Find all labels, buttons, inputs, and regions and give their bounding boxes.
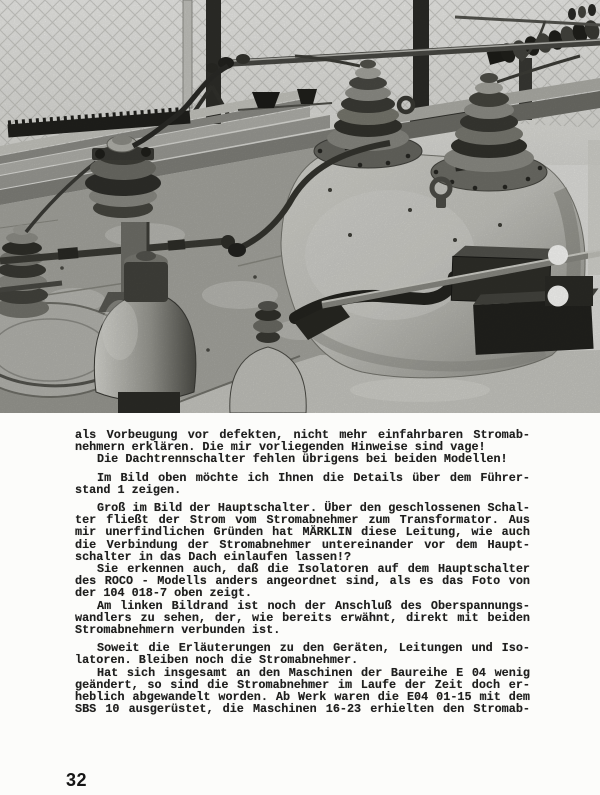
- text-line: stand 1 zeigen.: [75, 484, 530, 496]
- text-line: die Verbindung der Stromabnehmer unterei…: [75, 539, 530, 551]
- scanned-page: als Vorbeugung vor defekten, nicht mehr …: [0, 0, 600, 795]
- text-line: mir unerfindlichen Gründen hat MÄRKLIN d…: [75, 526, 530, 538]
- page-number: 32: [66, 770, 87, 791]
- paragraph: Groß im Bild der Hauptschalter. Über den…: [75, 502, 530, 563]
- paragraph: Soweit die Erläuterungen zu den Geräten,…: [75, 642, 530, 666]
- text-line: der 104 018-7 oben zeigt.: [75, 587, 530, 599]
- paragraph: Hat sich insgesamt an den Maschinen der …: [75, 667, 530, 716]
- body-text: als Vorbeugung vor defekten, nicht mehr …: [75, 429, 530, 715]
- locomotive-roof-photo: [0, 0, 600, 413]
- text-line: Die Dachtrennschalter fehlen übrigens be…: [75, 453, 530, 465]
- text-line: Im Bild oben möchte ich Ihnen die Detail…: [75, 472, 530, 484]
- text-line: Stromabnehmern verbunden ist.: [75, 624, 530, 636]
- paragraph: Sie erkennen auch, daß die Isolatoren au…: [75, 563, 530, 600]
- text-line: SBS 10 ausgerüstet, die Maschinen 16-23 …: [75, 703, 530, 715]
- paragraph: Im Bild oben möchte ich Ihnen die Detail…: [75, 472, 530, 496]
- paragraph: Die Dachtrennschalter fehlen übrigens be…: [75, 453, 530, 465]
- paragraph: Am linken Bildrand ist noch der Anschluß…: [75, 600, 530, 637]
- paragraph: als Vorbeugung vor defekten, nicht mehr …: [75, 429, 530, 453]
- text-line: Am linken Bildrand ist noch der Anschluß…: [75, 600, 530, 612]
- text-line: latoren. Bleiben noch die Stromabnehmer.: [75, 654, 530, 666]
